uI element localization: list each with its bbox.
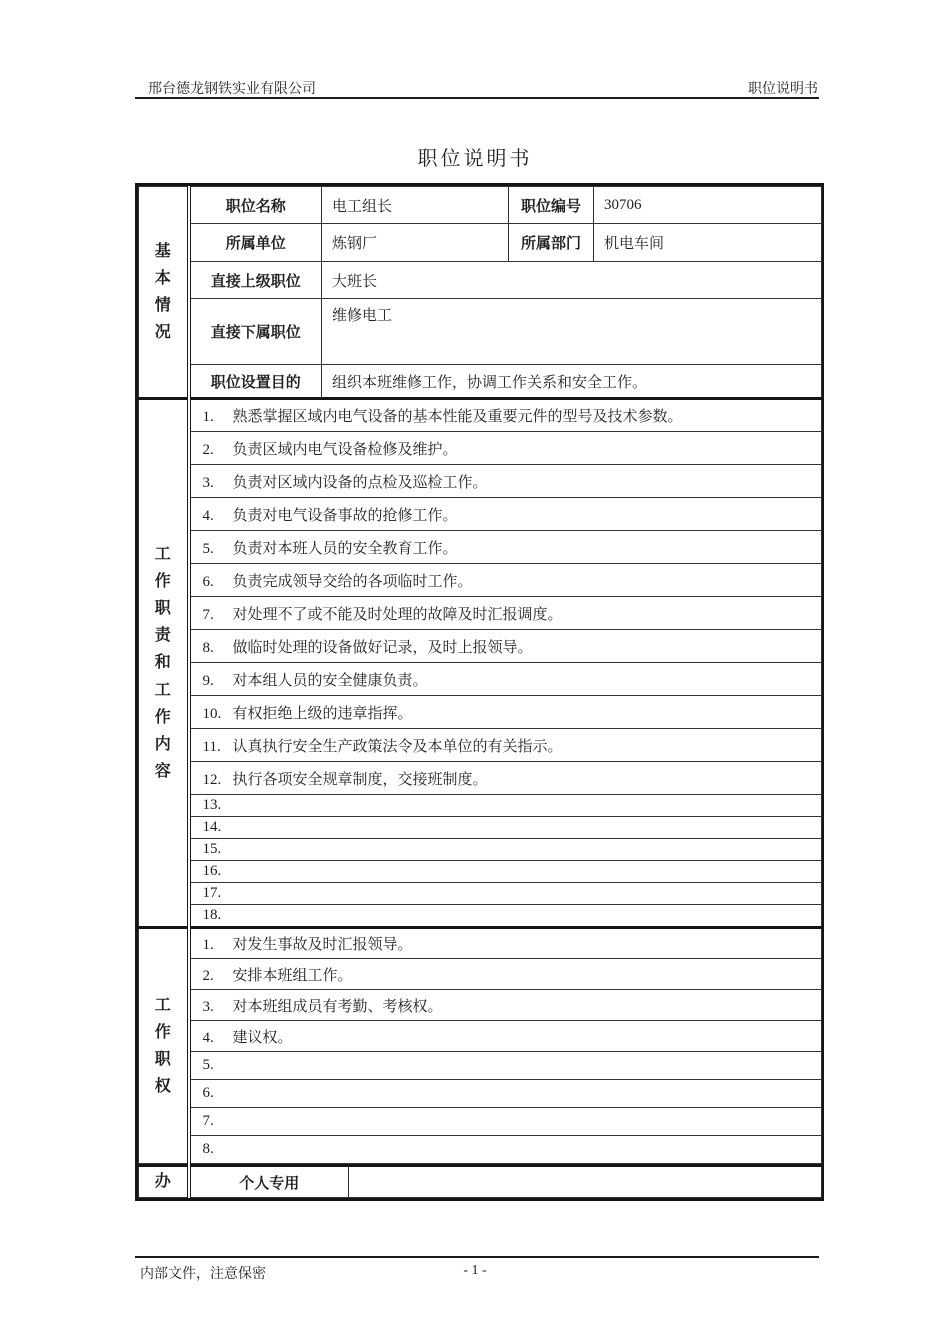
duty-item-12: 12.执行各项安全规章制度，交接班制度。 bbox=[189, 762, 822, 795]
office-table: 办 个人专用 bbox=[138, 1164, 822, 1198]
duty-row: 5.负责对本班人员的安全教育工作。 bbox=[139, 531, 822, 564]
duty-item-number: 11. bbox=[203, 739, 233, 756]
job-description-table: 基本情况 职位名称 电工组长 职位编号 30706 所属单位 炼钢厂 所属部门 … bbox=[135, 183, 824, 1201]
duty-item-text: 熟悉掌握区域内电气设备的基本性能及重要元件的型号及技术参数。 bbox=[233, 409, 683, 425]
table-row: 办 个人专用 bbox=[139, 1166, 822, 1198]
table-row: 直接下属职位 维修电工 bbox=[139, 299, 822, 365]
duty-item-number: 5. bbox=[203, 541, 233, 558]
authority-row: 工作职权 1.对发生事故及时汇报领导。 bbox=[139, 928, 822, 959]
authority-item-6: 6. bbox=[189, 1080, 822, 1108]
duty-item-8: 8.做临时处理的设备做好记录，及时上报领导。 bbox=[189, 630, 822, 663]
duty-row: 11.认真执行安全生产政策法令及本单位的有关指示。 bbox=[139, 729, 822, 762]
position-purpose-value: 组织本班维修工作，协调工作关系和安全工作。 bbox=[322, 365, 822, 399]
subordinate-position-label: 直接下属职位 bbox=[189, 299, 322, 365]
duty-item-7: 7.对处理不了或不能及时处理的故障及时汇报调度。 bbox=[189, 597, 822, 630]
duty-item-5: 5.负责对本班人员的安全教育工作。 bbox=[189, 531, 822, 564]
duty-item-9: 9.对本组人员的安全健康负责。 bbox=[189, 663, 822, 696]
duty-item-number: 3. bbox=[203, 475, 233, 492]
authority-item-4: 4.建议权。 bbox=[189, 1021, 822, 1052]
header-rule bbox=[135, 97, 819, 99]
document-page: 邢台德龙钢铁实业有限公司 职位说明书 职位说明书 基本情况 职位名称 电工组长 … bbox=[0, 0, 950, 1344]
authority-item-3: 3.对本班组成员有考勤、考核权。 bbox=[189, 990, 822, 1021]
authority-row: 4.建议权。 bbox=[139, 1021, 822, 1052]
authority-item-number: 4. bbox=[203, 1030, 233, 1047]
duty-item-number: 1. bbox=[203, 409, 233, 426]
footer-confidential-note: 内部文件，注意保密 bbox=[140, 1263, 266, 1283]
unit-value: 炼钢厂 bbox=[322, 224, 509, 262]
authority-item-number: 7. bbox=[203, 1113, 233, 1130]
authority-row: 7. bbox=[139, 1108, 822, 1136]
basic-info-section: 基本情况 职位名称 电工组长 职位编号 30706 所属单位 炼钢厂 所属部门 … bbox=[139, 187, 822, 399]
personal-use-label: 个人专用 bbox=[189, 1166, 349, 1198]
duty-row: 8.做临时处理的设备做好记录，及时上报领导。 bbox=[139, 630, 822, 663]
superior-position-value: 大班长 bbox=[322, 262, 822, 299]
main-table: 基本情况 职位名称 电工组长 职位编号 30706 所属单位 炼钢厂 所属部门 … bbox=[138, 186, 822, 1164]
duty-item-17: 17. bbox=[189, 883, 822, 905]
authority-item-number: 8. bbox=[203, 1141, 233, 1158]
authority-item-number: 3. bbox=[203, 999, 233, 1016]
page-title: 职位说明书 bbox=[0, 142, 950, 171]
duty-item-3: 3.负责对区域内设备的点检及巡检工作。 bbox=[189, 465, 822, 498]
duty-item-number: 14. bbox=[203, 819, 233, 836]
duty-item-number: 8. bbox=[203, 640, 233, 657]
unit-label: 所属单位 bbox=[189, 224, 322, 262]
authority-row: 2.安排本班组工作。 bbox=[139, 959, 822, 990]
office-section: 办 个人专用 bbox=[139, 1166, 822, 1198]
duty-item-text: 做临时处理的设备做好记录，及时上报领导。 bbox=[233, 640, 533, 656]
duty-item-10: 10.有权拒绝上级的违章指挥。 bbox=[189, 696, 822, 729]
authority-item-number: 6. bbox=[203, 1085, 233, 1102]
duty-item-text: 负责完成领导交给的各项临时工作。 bbox=[233, 574, 473, 590]
duty-item-11: 11.认真执行安全生产政策法令及本单位的有关指示。 bbox=[189, 729, 822, 762]
authority-item-1: 1.对发生事故及时汇报领导。 bbox=[189, 928, 822, 959]
duty-item-text: 负责对本班人员的安全教育工作。 bbox=[233, 541, 458, 557]
duty-row: 17. bbox=[139, 883, 822, 905]
duty-item-number: 12. bbox=[203, 772, 233, 789]
duty-item-number: 7. bbox=[203, 607, 233, 624]
duty-row: 工作职责和工作内容 1.熟悉掌握区域内电气设备的基本性能及重要元件的型号及技术参… bbox=[139, 399, 822, 432]
duty-item-text: 对处理不了或不能及时处理的故障及时汇报调度。 bbox=[233, 607, 563, 623]
authority-item-number: 5. bbox=[203, 1057, 233, 1074]
authority-item-text: 对本班组成员有考勤、考核权。 bbox=[233, 999, 443, 1015]
position-code-value: 30706 bbox=[594, 187, 822, 224]
duty-item-text: 对本组人员的安全健康负责。 bbox=[233, 673, 428, 689]
duty-item-text: 负责区域内电气设备检修及维护。 bbox=[233, 442, 458, 458]
position-code-label: 职位编号 bbox=[509, 187, 594, 224]
duty-row: 9.对本组人员的安全健康负责。 bbox=[139, 663, 822, 696]
duty-item-number: 9. bbox=[203, 673, 233, 690]
duty-item-text: 负责对电气设备事故的抢修工作。 bbox=[233, 508, 458, 524]
duty-row: 3.负责对区域内设备的点检及巡检工作。 bbox=[139, 465, 822, 498]
duty-item-14: 14. bbox=[189, 817, 822, 839]
footer-rule bbox=[135, 1256, 819, 1258]
duty-row: 4.负责对电气设备事故的抢修工作。 bbox=[139, 498, 822, 531]
duty-item-6: 6.负责完成领导交给的各项临时工作。 bbox=[189, 564, 822, 597]
authority-item-text: 建议权。 bbox=[233, 1030, 293, 1046]
authority-item-number: 1. bbox=[203, 937, 233, 954]
duty-item-number: 18. bbox=[203, 907, 233, 924]
authority-row: 3.对本班组成员有考勤、考核权。 bbox=[139, 990, 822, 1021]
authority-item-2: 2.安排本班组工作。 bbox=[189, 959, 822, 990]
authority-item-text: 对发生事故及时汇报领导。 bbox=[233, 937, 413, 953]
duties-section-label: 工作职责和工作内容 bbox=[139, 399, 189, 928]
duty-row: 14. bbox=[139, 817, 822, 839]
duty-item-text: 负责对区域内设备的点检及巡检工作。 bbox=[233, 475, 488, 491]
duties-section: 工作职责和工作内容 1.熟悉掌握区域内电气设备的基本性能及重要元件的型号及技术参… bbox=[139, 399, 822, 928]
duty-item-number: 6. bbox=[203, 574, 233, 591]
authority-row: 8. bbox=[139, 1136, 822, 1164]
table-row: 直接上级职位 大班长 bbox=[139, 262, 822, 299]
duty-item-18: 18. bbox=[189, 905, 822, 928]
duty-row: 10.有权拒绝上级的违章指挥。 bbox=[139, 696, 822, 729]
authority-row: 5. bbox=[139, 1052, 822, 1080]
authority-section: 工作职权 1.对发生事故及时汇报领导。 2.安排本班组工作。 3.对本班组成员有… bbox=[139, 928, 822, 1164]
header-doc-type: 职位说明书 bbox=[748, 78, 818, 98]
duty-item-number: 15. bbox=[203, 841, 233, 858]
duty-item-number: 13. bbox=[203, 797, 233, 814]
authority-section-label: 工作职权 bbox=[139, 928, 189, 1164]
duty-row: 12.执行各项安全规章制度，交接班制度。 bbox=[139, 762, 822, 795]
duty-item-text: 认真执行安全生产政策法令及本单位的有关指示。 bbox=[233, 739, 563, 755]
table-row: 职位设置目的 组织本班维修工作，协调工作关系和安全工作。 bbox=[139, 365, 822, 399]
duty-row: 15. bbox=[139, 839, 822, 861]
table-row: 基本情况 职位名称 电工组长 职位编号 30706 bbox=[139, 187, 822, 224]
subordinate-position-value: 维修电工 bbox=[322, 299, 822, 365]
duty-item-15: 15. bbox=[189, 839, 822, 861]
position-name-value: 电工组长 bbox=[322, 187, 509, 224]
personal-use-value bbox=[349, 1166, 822, 1198]
authority-item-number: 2. bbox=[203, 968, 233, 985]
authority-item-7: 7. bbox=[189, 1108, 822, 1136]
duty-item-16: 16. bbox=[189, 861, 822, 883]
authority-item-5: 5. bbox=[189, 1052, 822, 1080]
department-value: 机电车间 bbox=[594, 224, 822, 262]
position-name-label: 职位名称 bbox=[189, 187, 322, 224]
position-purpose-label: 职位设置目的 bbox=[189, 365, 322, 399]
duty-item-text: 执行各项安全规章制度，交接班制度。 bbox=[233, 772, 488, 788]
authority-item-text: 安排本班组工作。 bbox=[233, 968, 353, 984]
duty-item-text: 有权拒绝上级的违章指挥。 bbox=[233, 706, 413, 722]
duty-item-4: 4.负责对电气设备事故的抢修工作。 bbox=[189, 498, 822, 531]
duty-row: 16. bbox=[139, 861, 822, 883]
authority-row: 6. bbox=[139, 1080, 822, 1108]
duty-row: 18. bbox=[139, 905, 822, 928]
duty-item-1: 1.熟悉掌握区域内电气设备的基本性能及重要元件的型号及技术参数。 bbox=[189, 399, 822, 432]
header-company-name: 邢台德龙钢铁实业有限公司 bbox=[148, 78, 316, 98]
duty-item-number: 4. bbox=[203, 508, 233, 525]
duty-item-number: 2. bbox=[203, 442, 233, 459]
duty-row: 2.负责区域内电气设备检修及维护。 bbox=[139, 432, 822, 465]
duty-item-number: 10. bbox=[203, 706, 233, 723]
basic-info-section-label: 基本情况 bbox=[139, 187, 189, 399]
duty-row: 13. bbox=[139, 795, 822, 817]
duty-item-13: 13. bbox=[189, 795, 822, 817]
duty-item-number: 16. bbox=[203, 863, 233, 880]
duty-row: 7.对处理不了或不能及时处理的故障及时汇报调度。 bbox=[139, 597, 822, 630]
duty-item-number: 17. bbox=[203, 885, 233, 902]
department-label: 所属部门 bbox=[509, 224, 594, 262]
authority-item-8: 8. bbox=[189, 1136, 822, 1164]
superior-position-label: 直接上级职位 bbox=[189, 262, 322, 299]
duty-item-2: 2.负责区域内电气设备检修及维护。 bbox=[189, 432, 822, 465]
duty-row: 6.负责完成领导交给的各项临时工作。 bbox=[139, 564, 822, 597]
table-row: 所属单位 炼钢厂 所属部门 机电车间 bbox=[139, 224, 822, 262]
office-section-label: 办 bbox=[139, 1166, 189, 1198]
